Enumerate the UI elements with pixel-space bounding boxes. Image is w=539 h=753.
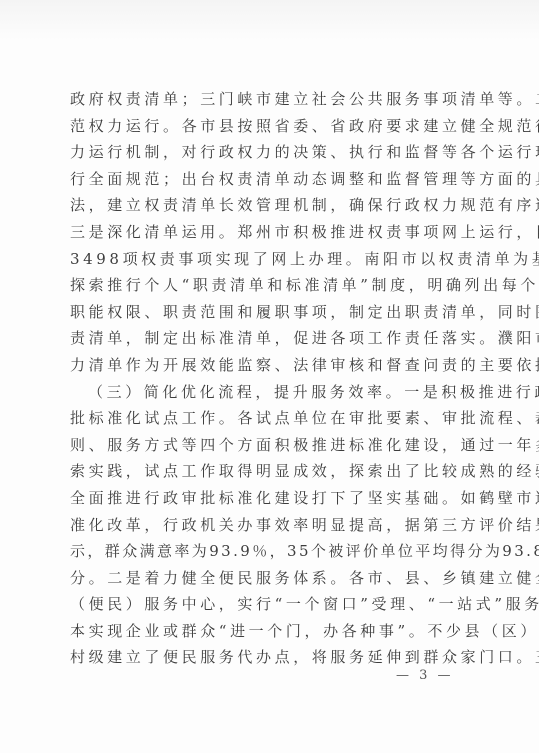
- text-line: 准化改革，行政机关办事效率明显提高，据第三方评价结果显: [70, 512, 470, 539]
- text-line: 3498项权责事项实现了网上办理。南阳市以权责清单为基础，: [70, 246, 470, 273]
- text-line: （便民）服务中心，实行“一个窗口”受理、“一站式”服务，基: [70, 591, 470, 618]
- text-line: 本实现企业或群众“进一个门，办各种事”。不少县（区）还在: [70, 618, 470, 645]
- text-line: 全面推进行政审批标准化建设打下了坚实基础。如鹤壁市通过标: [70, 485, 470, 512]
- text-line: 示，群众满意率为93.9％，35个被评价单位平均得分为93.84: [70, 538, 470, 565]
- body-text: 政府权责清单；三门峡市建立社会公共服务事项清单等。二是规 范权力运行。各市县按照…: [70, 86, 470, 671]
- text-line: 探索推行个人“职责清单和标准清单”制度，明确列出每个岗位: [70, 272, 470, 299]
- text-line: 职能权限、职责范围和履职事项，制定出职责清单，同时围绕职: [70, 299, 470, 326]
- text-line: 索实践，试点工作取得明显成效，探索出了比较成熟的经验，为: [70, 458, 470, 485]
- text-line: 责清单，制定出标准清单，促进各项工作责任落实。濮阳市把权: [70, 325, 470, 352]
- text-line: 分。二是着力健全便民服务体系。各市、县、乡镇建立健全行政: [70, 565, 470, 592]
- text-line: 范权力运行。各市县按照省委、省政府要求建立健全规范行政权: [70, 113, 470, 140]
- text-line: 力运行机制，对行政权力的决策、执行和监督等各个运行环节进: [70, 139, 470, 166]
- section-heading-line: （三）简化优化流程，提升服务效率。一是积极推进行政审: [70, 379, 470, 406]
- text-line: 行全面规范；出台权责清单动态调整和监督管理等方面的具体办: [70, 166, 470, 193]
- text-line: 力清单作为开展效能监察、法律审核和督查问责的主要依据。: [70, 352, 470, 379]
- page-number: — 3 —: [396, 668, 454, 683]
- text-line: 批标准化试点工作。各试点单位在审批要素、审批流程、裁量准: [70, 405, 470, 432]
- document-page: 政府权责清单；三门峡市建立社会公共服务事项清单等。二是规 范权力运行。各市县按照…: [0, 0, 539, 753]
- text-line: 则、服务方式等四个方面积极推进标准化建设，通过一年多的探: [70, 432, 470, 459]
- text-line: 三是深化清单运用。郑州市积极推进权责事项网上运行，目前有: [70, 219, 470, 246]
- text-line: 法，建立权责清单长效管理机制，确保行政权力规范有序运行。: [70, 192, 470, 219]
- scan-edge: [0, 0, 539, 40]
- text-line: 政府权责清单；三门峡市建立社会公共服务事项清单等。二是规: [70, 86, 470, 113]
